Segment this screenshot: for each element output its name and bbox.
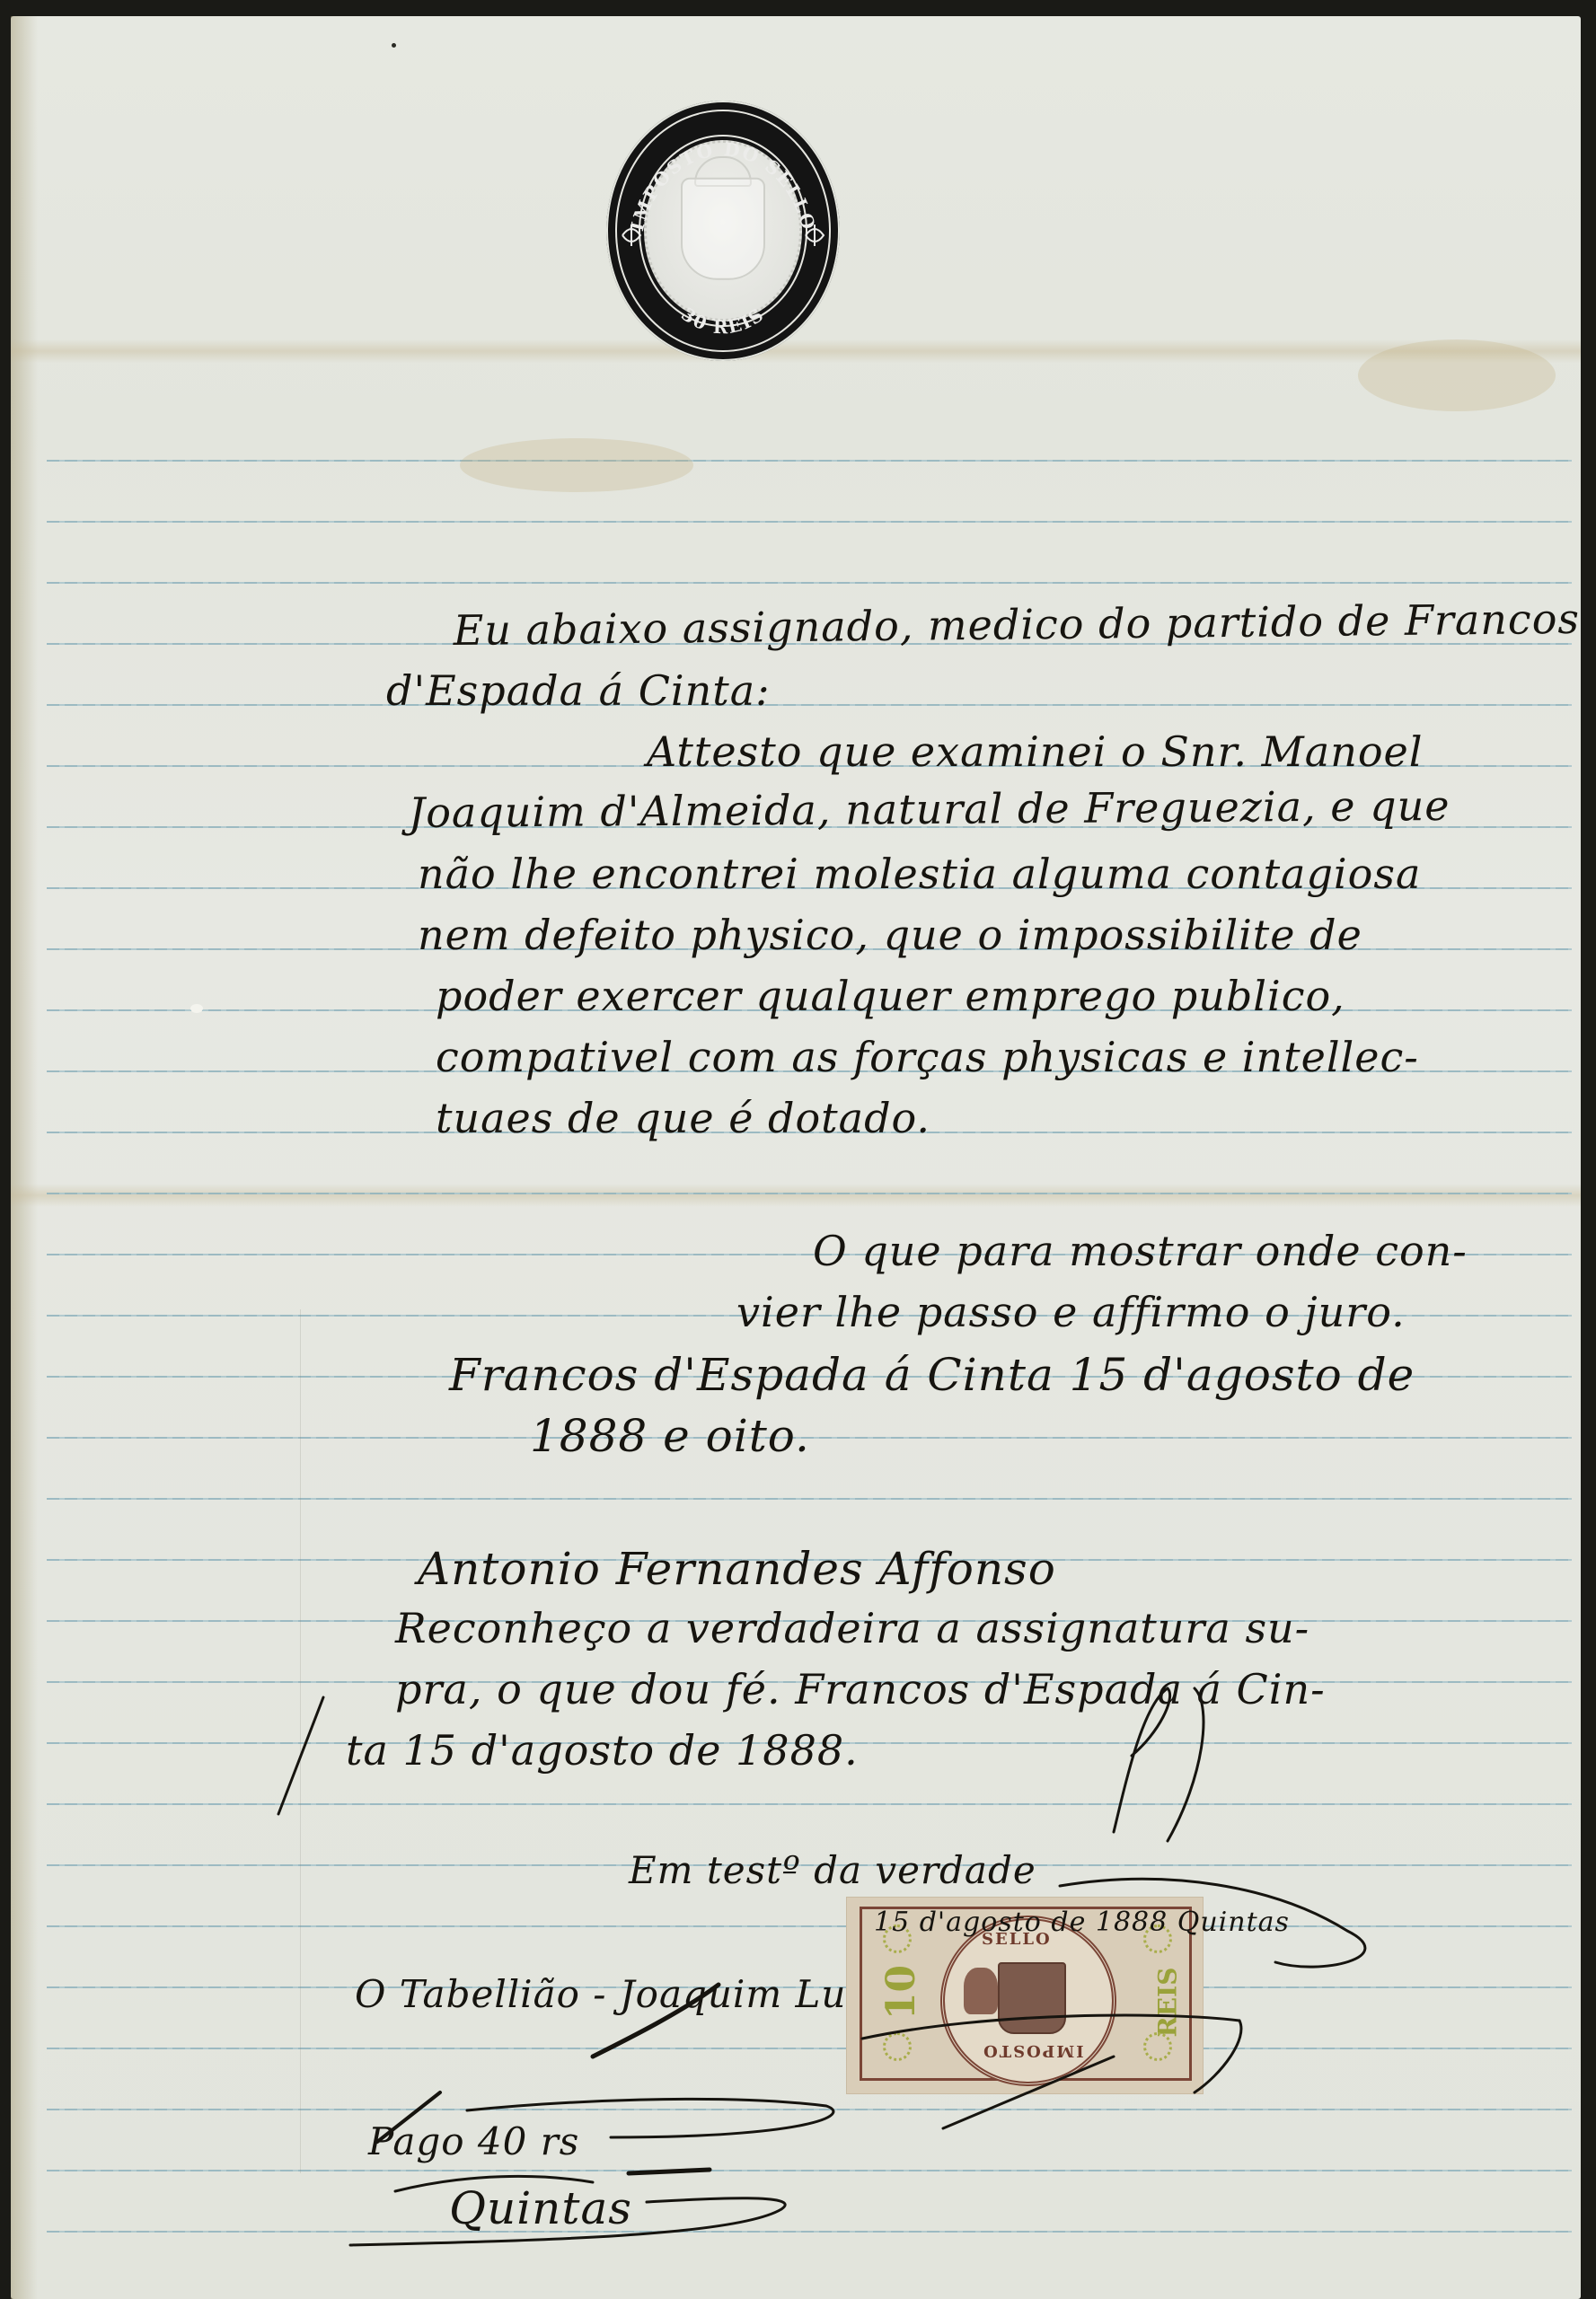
certificate-line: vier lhe passo e affirmo o juro. — [736, 1288, 1406, 1336]
certificate-line: compativel com as forças physicas e inte… — [436, 1033, 1419, 1081]
stamp-bottom-text: IMPOSTO — [982, 2041, 1084, 2060]
stamp-rosette-icon — [883, 2032, 912, 2061]
ruled-line — [47, 2109, 1572, 2110]
margin-crease — [300, 1309, 301, 2173]
paper-stain — [1358, 339, 1556, 411]
notary-line: pra, o que dou fé. Francos d'Espada á Ci… — [395, 1665, 1326, 1713]
notary-testimony-flourish: Em testº da verdade — [629, 1848, 1036, 1892]
notary-line: Reconheço a verdadeira a assignatura su- — [395, 1604, 1309, 1652]
stamp-currency: REIS — [1152, 1968, 1182, 2038]
revenue-stamp-10-reis: SELLO IMPOSTO 10 REIS 15 d'agosto de 188… — [846, 1897, 1204, 2094]
ruled-line — [47, 704, 1572, 706]
ruled-line — [47, 460, 1572, 462]
seal-top-text: IMPOSTO DO SELLO — [626, 138, 820, 233]
certificate-line: tuaes de que é dotado. — [436, 1094, 930, 1142]
ruled-line — [47, 2170, 1572, 2171]
ruled-line — [47, 2048, 1572, 2049]
paper-nick — [190, 1004, 203, 1013]
paper-fold — [11, 1184, 1581, 1207]
stamp-crown-icon — [964, 1968, 998, 2014]
ruled-line — [47, 1925, 1572, 1927]
ruled-line — [47, 521, 1572, 523]
ruled-line — [47, 1498, 1572, 1500]
ruled-line — [47, 2231, 1572, 2233]
seal-ornament-icon — [622, 225, 824, 246]
tax-seal-30-reis: IMPOSTO DO SELLO 30 REIS — [606, 101, 840, 361]
certificate-line: nem defeito physico, que o impossibilite… — [418, 911, 1362, 959]
ruled-line — [47, 1193, 1572, 1194]
stamp-shield-icon — [998, 1962, 1066, 2034]
svg-text:30 REIS: 30 REIS — [677, 303, 769, 338]
certificate-line: Attesto que examinei o Snr. Manoel — [647, 727, 1423, 776]
ruled-line — [47, 582, 1572, 584]
certificate-line: poder exercer qualquer emprego publico, — [436, 972, 1345, 1020]
seal-lettering: IMPOSTO DO SELLO 30 REIS — [606, 101, 840, 361]
certificate-place-date: Francos d'Espada á Cinta 15 d'agosto de — [449, 1349, 1415, 1401]
ruled-line — [47, 1803, 1572, 1805]
certificate-line: d'Espada á Cinta: — [386, 666, 771, 715]
stamp-value: 10 — [878, 1965, 924, 2020]
fee-signature: Quintas — [449, 2182, 632, 2234]
svg-text:IMPOSTO DO SELLO: IMPOSTO DO SELLO — [626, 138, 820, 233]
certificate-line: O que para mostrar onde con- — [813, 1227, 1468, 1275]
certificate-line: Joaquim d'Almeida, natural de Freguezia,… — [409, 781, 1451, 837]
stamp-rosette-icon — [1143, 2032, 1172, 2061]
certificate-year: 1888 e oito. — [530, 1410, 810, 1462]
ink-speck — [392, 43, 396, 48]
doctor-signature: Antonio Fernandes Affonso — [418, 1543, 1056, 1595]
paper-stain — [460, 438, 693, 492]
certificate-line: não lhe encontrei molestia alguma contag… — [418, 850, 1421, 898]
notary-line: ta 15 d'agosto de 1888. — [346, 1726, 859, 1775]
fee-note: Pago 40 rs — [368, 2119, 579, 2163]
seal-value-text: 30 REIS — [677, 303, 769, 338]
stamp-cancellation-annotation: 15 d'agosto de 1888 Quintas — [874, 1907, 1290, 1938]
